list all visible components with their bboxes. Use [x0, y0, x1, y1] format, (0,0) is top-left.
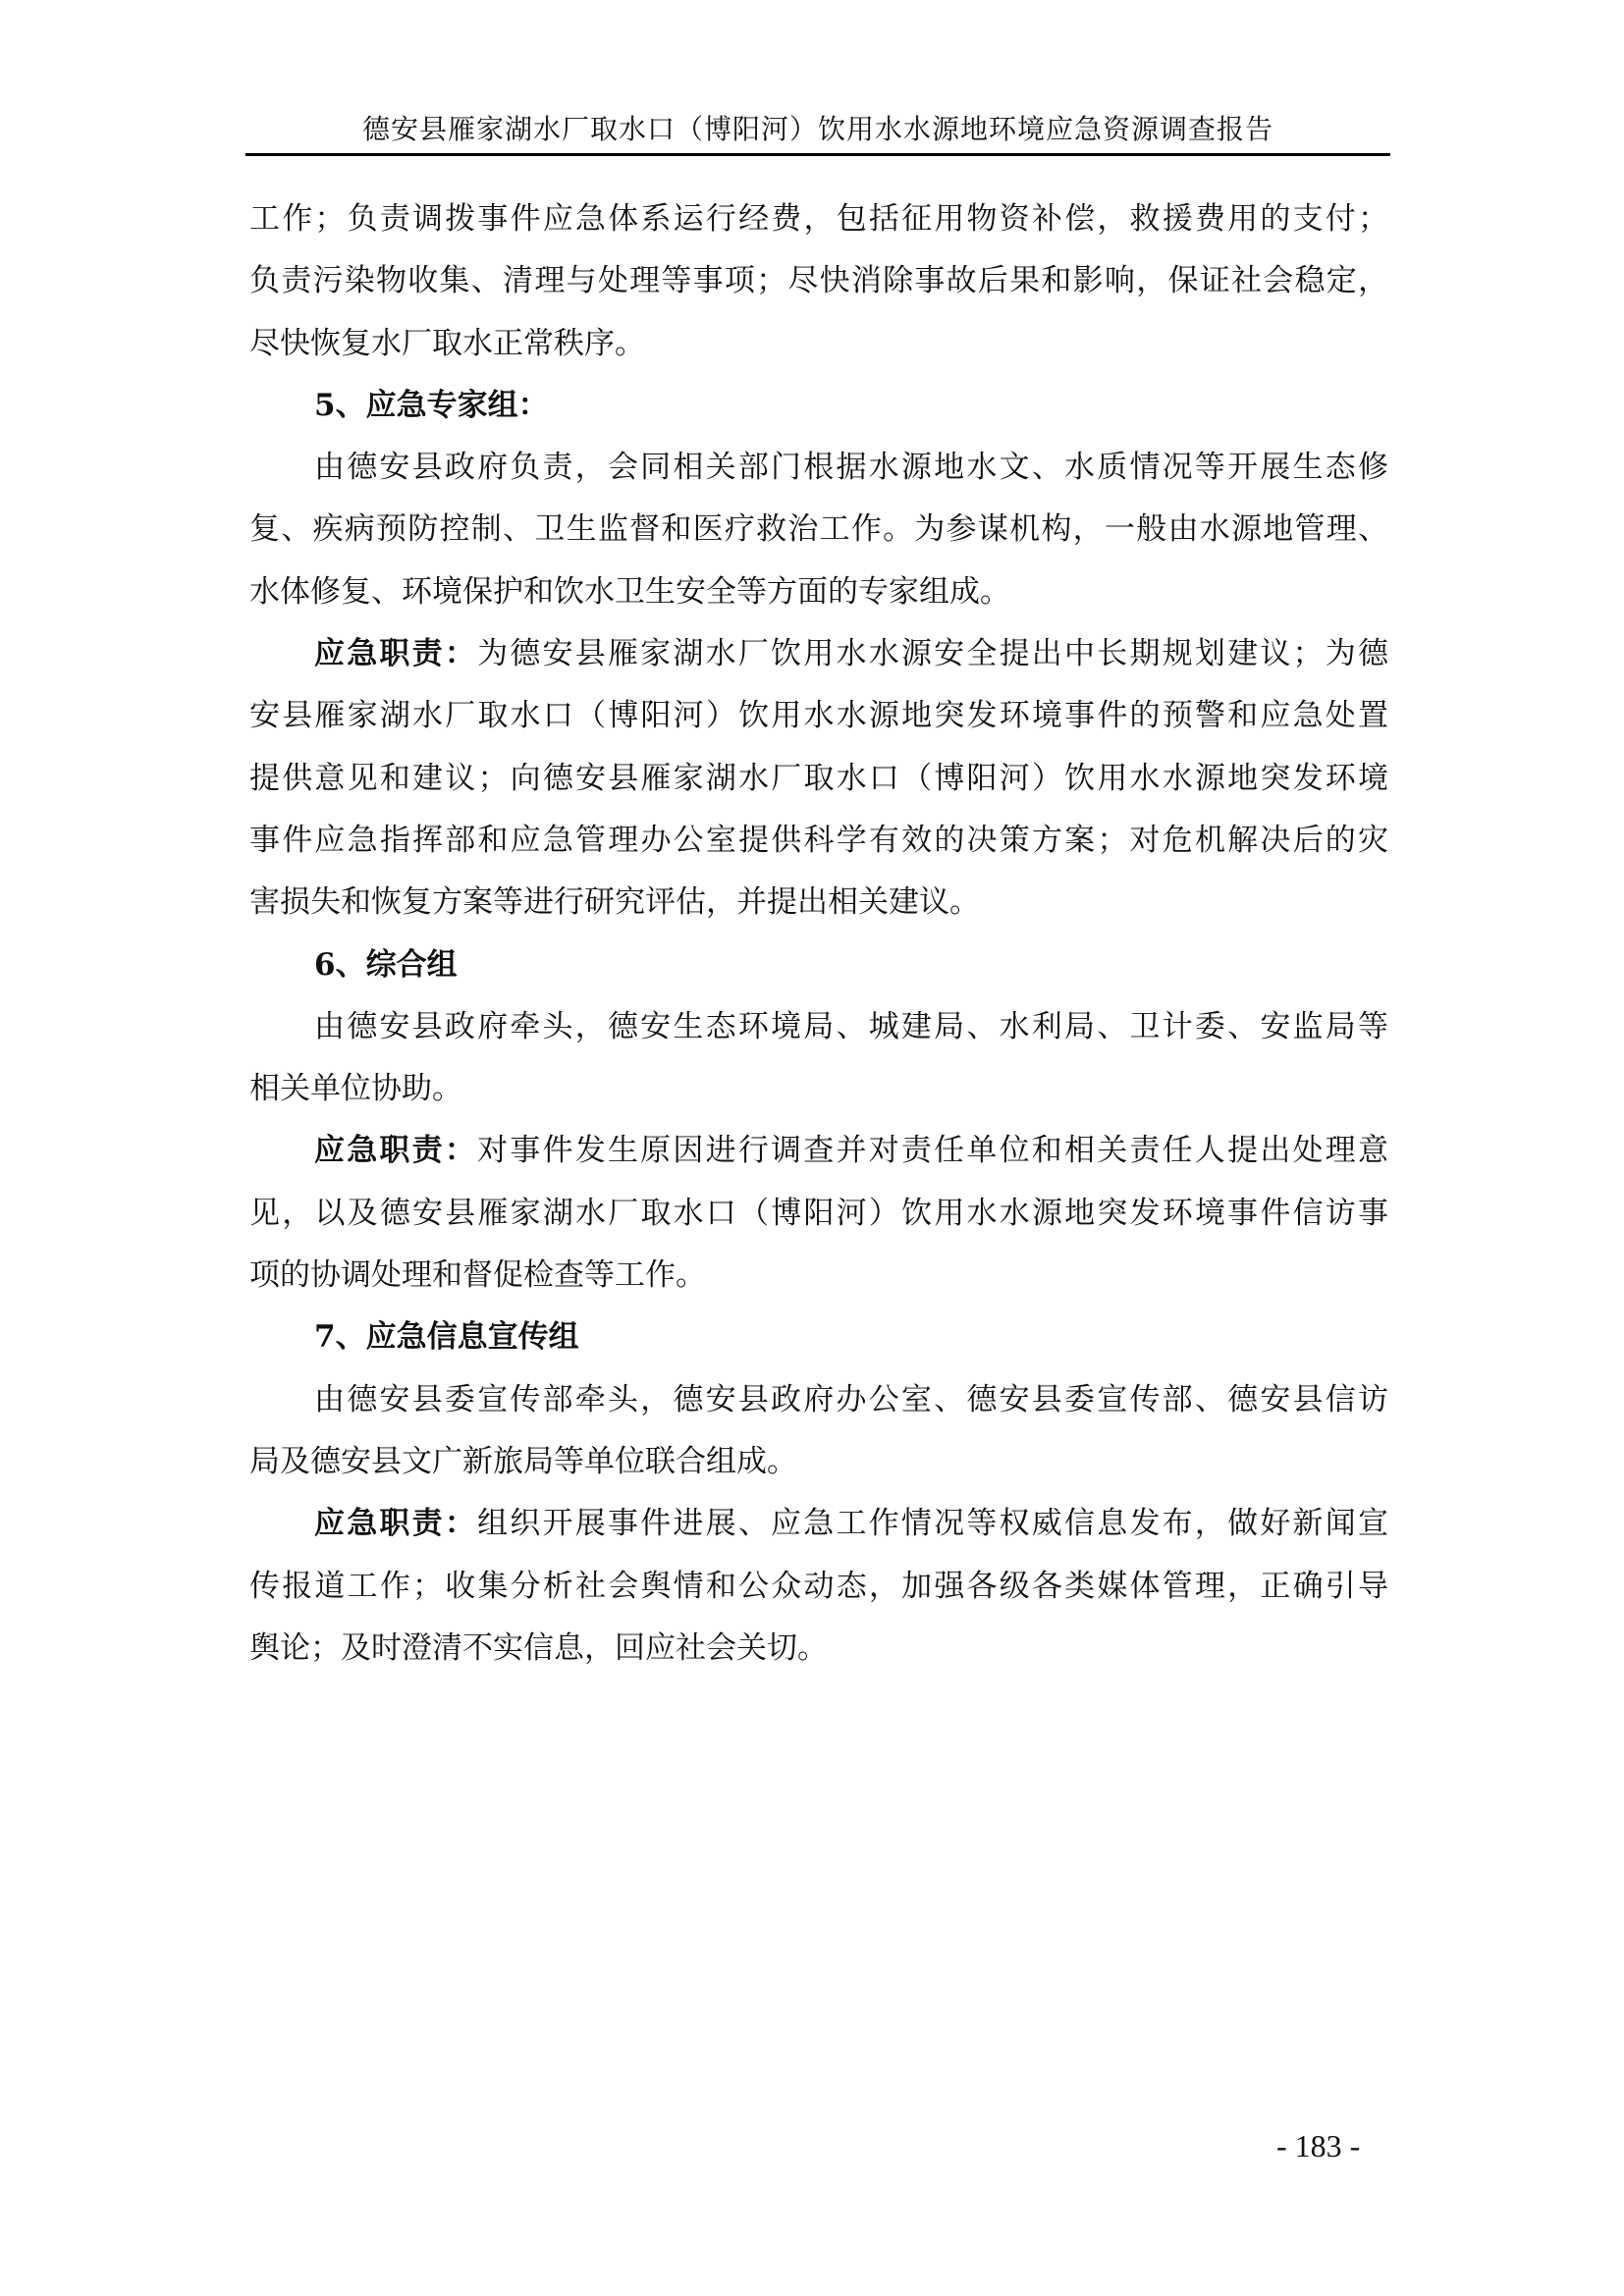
paragraph-line: 传报道工作；收集分析社会舆情和公众动态，加强各级各类媒体管理，正确引导: [249, 1556, 1388, 1618]
paragraph-line: 事件应急指挥部和应急管理办公室提供科学有效的决策方案；对危机解决后的灾: [249, 810, 1388, 872]
paragraph-line: 由德安县政府负责，会同相关部门根据水源地水文、水质情况等开展生态修: [249, 437, 1388, 499]
paragraph-line: 安县雁家湖水厂取水口（博阳河）饮用水水源地突发环境事件的预警和应急处置: [249, 685, 1388, 747]
duty-paragraph-line: 应急职责：为德安县雁家湖水厂饮用水水源安全提出中长期规划建议；为德: [249, 623, 1388, 685]
paragraph-line: 害损失和恢复方案等进行研究评估，并提出相关建议。: [249, 872, 1388, 934]
section-heading: 6、综合组: [249, 934, 1388, 996]
page-number: - 183 -: [1276, 2128, 1360, 2164]
paragraph-line: 工作；负责调拨事件应急体系运行经费，包括征用物资补偿，救援费用的支付；: [249, 188, 1388, 250]
paragraph-line: 由德安县政府牵头，德安生态环境局、城建局、水利局、卫计委、安监局等: [249, 996, 1388, 1058]
paragraph-line: 见，以及德安县雁家湖水厂取水口（博阳河）饮用水水源地突发环境事件信访事: [249, 1183, 1388, 1245]
paragraph-line: 由德安县委宣传部牵头，德安县政府办公室、德安县委宣传部、德安县信访: [249, 1369, 1388, 1431]
document-body: 工作；负责调拨事件应急体系运行经费，包括征用物资补偿，救援费用的支付； 负责污染…: [249, 188, 1388, 1680]
paragraph-line: 舆论；及时澄清不实信息，回应社会关切。: [249, 1618, 1388, 1680]
paragraph-line: 提供意见和建议；向德安县雁家湖水厂取水口（博阳河）饮用水水源地突发环境: [249, 748, 1388, 810]
paragraph-line: 尽快恢复水厂取水正常秩序。: [249, 313, 1388, 375]
paragraph-line: 相关单位协助。: [249, 1058, 1388, 1120]
section-heading: 5、应急专家组：: [249, 375, 1388, 437]
duty-label: 应急职责：: [314, 1506, 477, 1541]
duty-paragraph-line: 应急职责：组织开展事件进展、应急工作情况等权威信息发布，做好新闻宣: [249, 1493, 1388, 1555]
duty-text: 组织开展事件进展、应急工作情况等权威信息发布，做好新闻宣: [477, 1506, 1388, 1541]
paragraph-line: 负责污染物收集、清理与处理等事项；尽快消除事故后果和影响，保证社会稳定，: [249, 250, 1388, 312]
duty-paragraph-line: 应急职责：对事件发生原因进行调查并对责任单位和相关责任人提出处理意: [249, 1120, 1388, 1182]
duty-text: 对事件发生原因进行调查并对责任单位和相关责任人提出处理意: [477, 1133, 1388, 1168]
duty-label: 应急职责：: [314, 1133, 477, 1168]
paragraph-line: 项的协调处理和督促检查等工作。: [249, 1245, 1388, 1307]
duty-label: 应急职责：: [314, 636, 477, 671]
section-heading: 7、应急信息宣传组: [249, 1307, 1388, 1368]
running-header: 德安县雁家湖水厂取水口（博阳河）饮用水水源地环境应急资源调查报告: [245, 110, 1390, 149]
paragraph-line: 水体修复、环境保护和饮水卫生安全等方面的专家组成。: [249, 561, 1388, 623]
paragraph-line: 局及德安县文广新旅局等单位联合组成。: [249, 1431, 1388, 1493]
header-divider: [245, 153, 1390, 156]
duty-text: 为德安县雁家湖水厂饮用水水源安全提出中长期规划建议；为德: [477, 636, 1388, 671]
paragraph-line: 复、疾病预防控制、卫生监督和医疗救治工作。为参谋机构，一般由水源地管理、: [249, 499, 1388, 561]
